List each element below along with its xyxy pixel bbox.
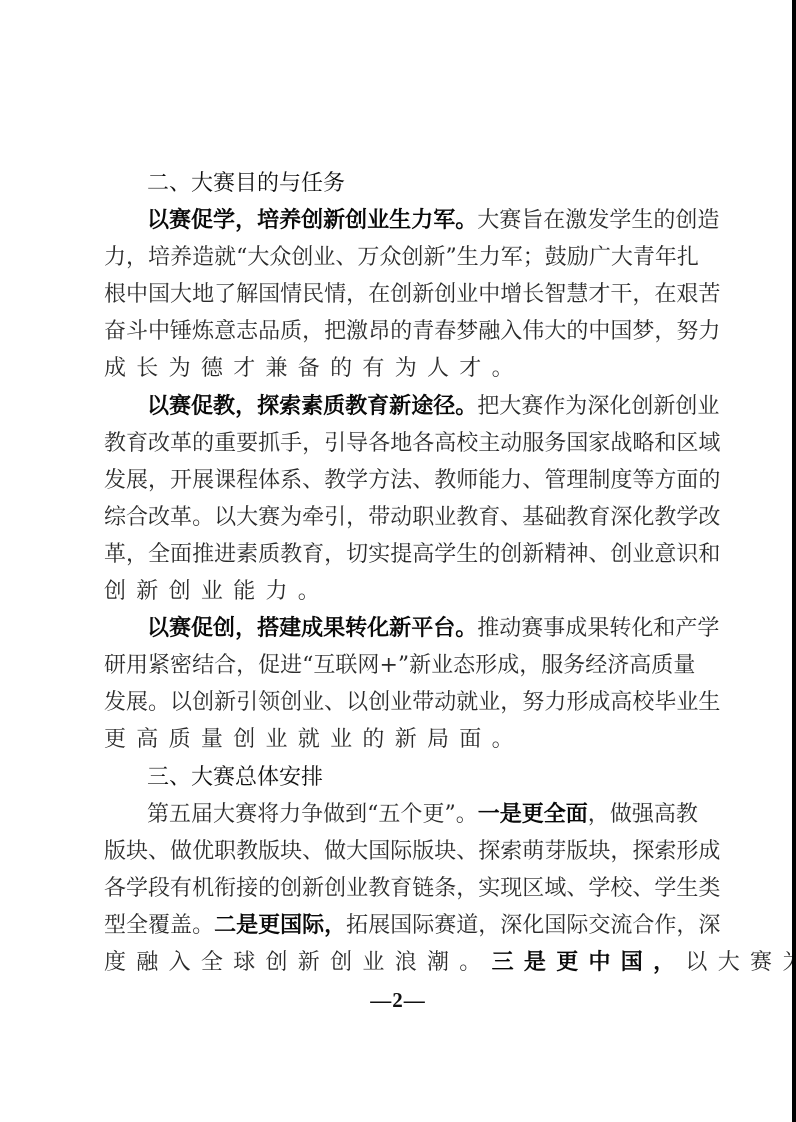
- body-char: 全: [126, 907, 148, 944]
- body-char: 锤: [170, 313, 192, 350]
- body-char: ；: [523, 239, 545, 276]
- body-char: 伟: [522, 313, 544, 350]
- body-char: 、: [500, 499, 522, 536]
- bold-lead-text: 三是更中国，: [492, 949, 686, 975]
- body-char: 意: [214, 313, 236, 350]
- body-char: ，: [632, 276, 654, 313]
- body-char: 育: [390, 870, 412, 907]
- body-char: 以: [346, 684, 368, 721]
- bold-lead-char: 探: [257, 388, 279, 425]
- body-char: 慧: [566, 276, 588, 313]
- body-char: 果: [587, 610, 609, 647]
- body-char: 学: [654, 870, 676, 907]
- body-char: 做: [323, 796, 345, 833]
- body-char: 教: [104, 425, 126, 462]
- body-char: 创: [500, 536, 522, 573]
- body-char: 、: [588, 536, 610, 573]
- body-char: 把: [324, 313, 346, 350]
- body-char: 争: [301, 796, 323, 833]
- body-char: 引: [236, 684, 258, 721]
- bold-lead-char: 际: [302, 907, 324, 944]
- body-char: 激: [565, 202, 587, 239]
- body-char: 结: [192, 647, 214, 684]
- body-char: 领: [258, 684, 280, 721]
- paragraph: 第五届大赛将力争做到“五个更”。一是更全面，做强高教版块、做优职教版块、做大国际…: [104, 796, 688, 981]
- body-char: 情: [280, 276, 302, 313]
- body-char: 务: [544, 425, 566, 462]
- body-char: 的: [653, 202, 675, 239]
- body-char: 增: [500, 276, 522, 313]
- text-line: 革，全面推进素质教育，切实提高学生的创新精神、创业意识和: [104, 536, 688, 573]
- body-char: 育: [302, 536, 324, 573]
- text-line: 奋斗中锤炼意志品质，把激昂的青春梦融入伟大的中国梦，努力: [104, 313, 688, 350]
- body-char: 生: [698, 684, 720, 721]
- bold-lead-char: 径: [433, 388, 455, 425]
- body-char: 接: [236, 870, 258, 907]
- body-char: 学: [697, 610, 719, 647]
- body-char: 的: [390, 313, 412, 350]
- bold-lead-char: 全: [544, 796, 566, 833]
- body-char: 业: [346, 870, 368, 907]
- body-char: 中: [588, 313, 610, 350]
- body-char: 做: [170, 833, 192, 870]
- body-char: 索: [500, 833, 522, 870]
- text-line: 以赛促创，搭建成果转化新平台。推动赛事成果转化和产学: [104, 610, 688, 647]
- body-char: 育: [478, 499, 500, 536]
- body-char: 高: [434, 425, 456, 462]
- bold-lead-char: 是: [500, 796, 522, 833]
- body-char: 培: [148, 239, 170, 276]
- body-char: ，: [302, 313, 324, 350]
- body-char: 转: [609, 610, 631, 647]
- body-char: 深: [587, 388, 609, 425]
- text-line: 各学段有机衔接的创新创业教育链条，实现区域、学校、学生类: [104, 870, 688, 907]
- body-char: 。: [192, 907, 214, 944]
- body-char: 、: [566, 870, 588, 907]
- bold-lead-char: 建: [279, 610, 301, 647]
- body-char: 融: [478, 313, 500, 350]
- body-char: 国: [148, 276, 170, 313]
- text-line: 发展，开展课程体系、教学方法、教师能力、管理制度等方面的: [104, 462, 688, 499]
- body-char: 业: [697, 388, 719, 425]
- body-char: 力: [479, 239, 501, 276]
- page-number: —2—: [0, 988, 796, 1013]
- body-char: 。: [456, 796, 478, 833]
- body-char: 力: [500, 462, 522, 499]
- body-char: 合: [126, 499, 148, 536]
- body-char: 础: [544, 499, 566, 536]
- body-char: 新: [412, 276, 434, 313]
- body-char: 素: [236, 536, 258, 573]
- body-char: 中: [478, 276, 500, 313]
- body-char: 的: [478, 536, 500, 573]
- body-char: 业: [478, 684, 500, 721]
- body-char: 职: [214, 833, 236, 870]
- bold-lead-char: 更: [258, 907, 280, 944]
- body-char: ，: [519, 647, 541, 684]
- body-char: ，: [610, 833, 632, 870]
- body-char: ”: [445, 239, 456, 276]
- bold-lead-char: 。: [455, 388, 477, 425]
- body-char: 赛: [521, 610, 543, 647]
- body-char: 略: [632, 425, 654, 462]
- paragraph: 以赛促创，搭建成果转化新平台。推动赛事成果转化和产学研用紧密结合，促进“互联网+…: [104, 610, 688, 758]
- bold-lead-char: 新: [389, 388, 411, 425]
- body-char: 抓: [258, 425, 280, 462]
- body-char: 系: [280, 462, 302, 499]
- body-char: 深: [698, 907, 720, 944]
- body-char: 联: [335, 647, 357, 684]
- bold-lead-char: 以: [147, 388, 169, 425]
- body-char: 旨: [521, 202, 543, 239]
- bold-lead-char: 新: [389, 610, 411, 647]
- body-char: 做: [610, 796, 632, 833]
- body-char: 探: [632, 833, 654, 870]
- body-char: 带: [412, 684, 434, 721]
- body-char: ，: [302, 425, 324, 462]
- body-char: ，: [478, 907, 500, 944]
- document-page: 二、大赛目的与任务以赛促学，培养创新创业生力军。大赛旨在激发学生的创造力，培养造…: [0, 0, 792, 1122]
- bold-lead-char: 国: [280, 907, 302, 944]
- bold-lead-char: 育: [367, 388, 389, 425]
- body-char: 在: [368, 276, 390, 313]
- body-char: 、: [302, 833, 324, 870]
- body-char: 根: [104, 276, 126, 313]
- bold-lead-char: 是: [236, 907, 258, 944]
- body-char: 大: [213, 796, 235, 833]
- body-char: 面: [676, 462, 698, 499]
- bold-lead-char: 学: [213, 202, 235, 239]
- body-char: 块: [588, 833, 610, 870]
- body-char: 教: [676, 796, 698, 833]
- body-char: 教: [456, 499, 478, 536]
- body-char: 入: [500, 313, 522, 350]
- body-char: 大: [170, 276, 192, 313]
- body-char: 化: [609, 388, 631, 425]
- body-char: 国: [368, 833, 390, 870]
- body-char: 实: [368, 536, 390, 573]
- text-line: 力，培养造就“大众创业、万众创新”生力军；鼓励广大青年扎: [104, 239, 688, 276]
- body-char: 师: [456, 462, 478, 499]
- body-char: 。: [192, 499, 214, 536]
- body-char: 将: [257, 796, 279, 833]
- body-char: 大: [477, 202, 499, 239]
- body-char: 大: [247, 239, 269, 276]
- body-char: 、: [632, 870, 654, 907]
- body-char: 、: [148, 833, 170, 870]
- body-char: ”: [398, 647, 409, 684]
- bold-lead-char: 化: [367, 610, 389, 647]
- body-char: 产: [675, 610, 697, 647]
- body-char: 把: [477, 388, 499, 425]
- body-char: 炼: [192, 313, 214, 350]
- paragraph: 以赛促学，培养创新创业生力军。大赛旨在激发学生的创造力，培养造就“大众创业、万众…: [104, 202, 688, 387]
- body-char: 质: [280, 313, 302, 350]
- bold-lead-char: 成: [301, 610, 323, 647]
- body-char: 大: [544, 313, 566, 350]
- body-char: ，: [126, 536, 148, 573]
- body-char: 区: [522, 870, 544, 907]
- bold-lead-char: 创: [345, 202, 367, 239]
- bold-lead-char: 素: [301, 388, 323, 425]
- body-char: 版: [258, 833, 280, 870]
- body-char: 地: [192, 276, 214, 313]
- body-char: 展: [126, 684, 148, 721]
- body-char: ，: [456, 870, 478, 907]
- body-char: 中: [148, 313, 170, 350]
- body-char: 养: [170, 239, 192, 276]
- body-char: 重: [214, 425, 236, 462]
- body-char: 、: [522, 462, 544, 499]
- body-char: 盖: [170, 907, 192, 944]
- body-char: ，: [676, 907, 698, 944]
- body-char: 艰: [676, 276, 698, 313]
- body-char: 促: [258, 647, 280, 684]
- text-line: 版块、做优职教版块、做大国际版块、探索萌芽版块，探索形成: [104, 833, 688, 870]
- body-char: 各: [104, 870, 126, 907]
- body-char: 导: [346, 425, 368, 462]
- body-char: 大: [236, 499, 258, 536]
- bold-lead-char: 教: [345, 388, 367, 425]
- body-char: 和: [654, 425, 676, 462]
- body-char: 干: [610, 276, 632, 313]
- body-char: ，: [346, 499, 368, 536]
- body-char: 区: [676, 425, 698, 462]
- body-char: 中: [126, 276, 148, 313]
- body-char: 成: [698, 833, 720, 870]
- body-char: 的: [192, 425, 214, 462]
- body-char: 机: [192, 870, 214, 907]
- body-char: 成: [565, 610, 587, 647]
- body-char: 生: [456, 536, 478, 573]
- body-char: 努: [676, 313, 698, 350]
- body-char: “: [236, 239, 247, 276]
- body-char: 识: [676, 536, 698, 573]
- body-char: 创: [675, 202, 697, 239]
- body-char: 发: [587, 202, 609, 239]
- text-line: 研用紧密结合，促进“互联网+”新业态形成，服务经济高质量: [104, 647, 688, 684]
- text-line: 根中国大地了解国情民情，在创新创业中增长智慧才干，在艰苦: [104, 276, 688, 313]
- body-char: 地: [390, 425, 412, 462]
- body-char: 志: [236, 313, 258, 350]
- body-char: 力: [544, 684, 566, 721]
- body-char: 智: [544, 276, 566, 313]
- body-char: 际: [390, 833, 412, 870]
- body-char: 发: [104, 684, 126, 721]
- body-char: 学: [676, 499, 698, 536]
- body-char: 教: [280, 536, 302, 573]
- body-char: 教: [324, 462, 346, 499]
- bold-lead-char: 台: [433, 610, 455, 647]
- body-char: 体: [258, 462, 280, 499]
- bold-lead-char: 一: [478, 796, 500, 833]
- body-char: 济: [607, 647, 629, 684]
- body-char: 家: [588, 425, 610, 462]
- body-char: 际: [412, 907, 434, 944]
- body-char: 国: [610, 313, 632, 350]
- body-char: 探: [478, 833, 500, 870]
- body-char: 动: [500, 425, 522, 462]
- body-char: 发: [104, 462, 126, 499]
- body-char: 改: [698, 499, 720, 536]
- body-char: 版: [566, 833, 588, 870]
- body-char: 鼓: [545, 239, 567, 276]
- bold-lead-char: 以: [147, 610, 169, 647]
- body-char: ，: [148, 462, 170, 499]
- body-char: 在: [654, 276, 676, 313]
- body-char: 改: [148, 499, 170, 536]
- body-char: 毕: [654, 684, 676, 721]
- body-char: 赛: [521, 388, 543, 425]
- body-text: 以大赛为载体，推出创: [685, 950, 796, 975]
- body-char: 方: [368, 462, 390, 499]
- body-char: 创: [291, 239, 313, 276]
- body-char: 质: [258, 536, 280, 573]
- body-char: 版: [412, 833, 434, 870]
- body-char: 校: [610, 870, 632, 907]
- body-char: 万: [357, 239, 379, 276]
- bold-lead-char: 养: [279, 202, 301, 239]
- body-char: 创: [192, 684, 214, 721]
- body-char: 网: [357, 647, 379, 684]
- body-char: 以: [214, 499, 236, 536]
- body-char: 块: [280, 833, 302, 870]
- bold-lead-char: 培: [257, 202, 279, 239]
- body-char: 的: [698, 462, 720, 499]
- bold-lead-char: 途: [411, 388, 433, 425]
- body-char: 高: [629, 647, 651, 684]
- bold-lead-char: 促: [191, 610, 213, 647]
- body-char: 新: [423, 239, 445, 276]
- body-char: 青: [412, 313, 434, 350]
- body-char: 进: [214, 536, 236, 573]
- body-char: 的: [258, 870, 280, 907]
- body-char: 形: [676, 833, 698, 870]
- bold-lead-char: 平: [411, 610, 433, 647]
- bold-lead-char: 教: [213, 388, 235, 425]
- body-char: 进: [280, 647, 302, 684]
- body-char: 际: [566, 907, 588, 944]
- body-char: 大: [499, 388, 521, 425]
- body-char: ”: [444, 796, 455, 833]
- body-char: 力: [698, 313, 720, 350]
- body-char: 扎: [677, 239, 699, 276]
- body-char: 品: [258, 313, 280, 350]
- text-line: 发展。以创新引领创业、以创业带动就业，努力形成高校毕业生: [104, 684, 688, 721]
- bold-lead-char: 转: [345, 610, 367, 647]
- body-char: 力: [279, 796, 301, 833]
- body-char: 基: [522, 499, 544, 536]
- bold-lead-char: 新: [323, 202, 345, 239]
- body-char: 态: [453, 647, 475, 684]
- body-char: 链: [412, 870, 434, 907]
- body-char: 化: [631, 610, 653, 647]
- bold-lead-char: 搭: [257, 610, 279, 647]
- body-char: 流: [610, 907, 632, 944]
- body-char: 经: [585, 647, 607, 684]
- body-char: 届: [191, 796, 213, 833]
- body-char: 国: [566, 425, 588, 462]
- body-char: 创: [280, 870, 302, 907]
- body-char: 到: [345, 796, 367, 833]
- body-text: 度融入全球创新创业浪潮。: [104, 950, 492, 975]
- body-char: 国: [544, 907, 566, 944]
- body-char: 情: [324, 276, 346, 313]
- body-char: 军: [501, 239, 523, 276]
- bold-lead-char: 质: [323, 388, 345, 425]
- body-char: 主: [478, 425, 500, 462]
- body-char: 优: [192, 833, 214, 870]
- text-line: 创新创业能力。: [104, 573, 688, 610]
- body-char: 域: [544, 870, 566, 907]
- body-char: 作: [654, 907, 676, 944]
- body-char: 管: [544, 462, 566, 499]
- body-char: 。: [148, 684, 170, 721]
- body-char: 道: [456, 907, 478, 944]
- bold-lead-char: 更: [522, 796, 544, 833]
- body-char: 度: [610, 462, 632, 499]
- bold-lead-char: 促: [191, 388, 213, 425]
- body-char: 生: [676, 870, 698, 907]
- body-char: 、: [302, 462, 324, 499]
- body-char: 覆: [148, 907, 170, 944]
- body-char: 改: [148, 425, 170, 462]
- body-char: 强: [632, 796, 654, 833]
- body-char: 理: [566, 462, 588, 499]
- body-char: 创: [434, 276, 456, 313]
- body-char: 拓: [346, 907, 368, 944]
- body-char: 激: [346, 313, 368, 350]
- body-char: 成: [497, 647, 519, 684]
- text-line: 以赛促学，培养创新创业生力军。大赛旨在激发学生的创造: [104, 202, 688, 239]
- body-char: 和: [698, 536, 720, 573]
- body-char: 为: [565, 388, 587, 425]
- body-char: 展: [192, 462, 214, 499]
- bold-lead-char: ，: [235, 610, 257, 647]
- body-char: +: [379, 647, 397, 684]
- bold-lead-char: 果: [323, 610, 345, 647]
- body-char: 为: [280, 499, 302, 536]
- body-char: ，: [236, 647, 258, 684]
- body-char: 服: [541, 647, 563, 684]
- body-char: 能: [478, 462, 500, 499]
- body-char: 赛: [235, 796, 257, 833]
- body-char: 业: [632, 536, 654, 573]
- body-char: 生: [457, 239, 479, 276]
- body-char: 大: [346, 833, 368, 870]
- body-char: 春: [434, 313, 456, 350]
- body-char: 芽: [544, 833, 566, 870]
- body-char: 服: [522, 425, 544, 462]
- body-char: 做: [324, 833, 346, 870]
- body-char: 神: [566, 536, 588, 573]
- body-char: 业: [302, 684, 324, 721]
- body-char: 动: [434, 684, 456, 721]
- body-char: 要: [236, 425, 258, 462]
- bold-lead-char: 索: [279, 388, 301, 425]
- body-char: 意: [654, 536, 676, 573]
- body-char: 教: [434, 462, 456, 499]
- body-char: 育: [126, 425, 148, 462]
- body-char: 五: [169, 796, 191, 833]
- body-char: 第: [147, 796, 169, 833]
- body-char: ，: [346, 276, 368, 313]
- body-char: 学: [346, 462, 368, 499]
- body-char: 学: [609, 202, 631, 239]
- bold-lead-char: ，: [235, 388, 257, 425]
- body-char: 展: [126, 462, 148, 499]
- bold-lead-char: 面: [566, 796, 588, 833]
